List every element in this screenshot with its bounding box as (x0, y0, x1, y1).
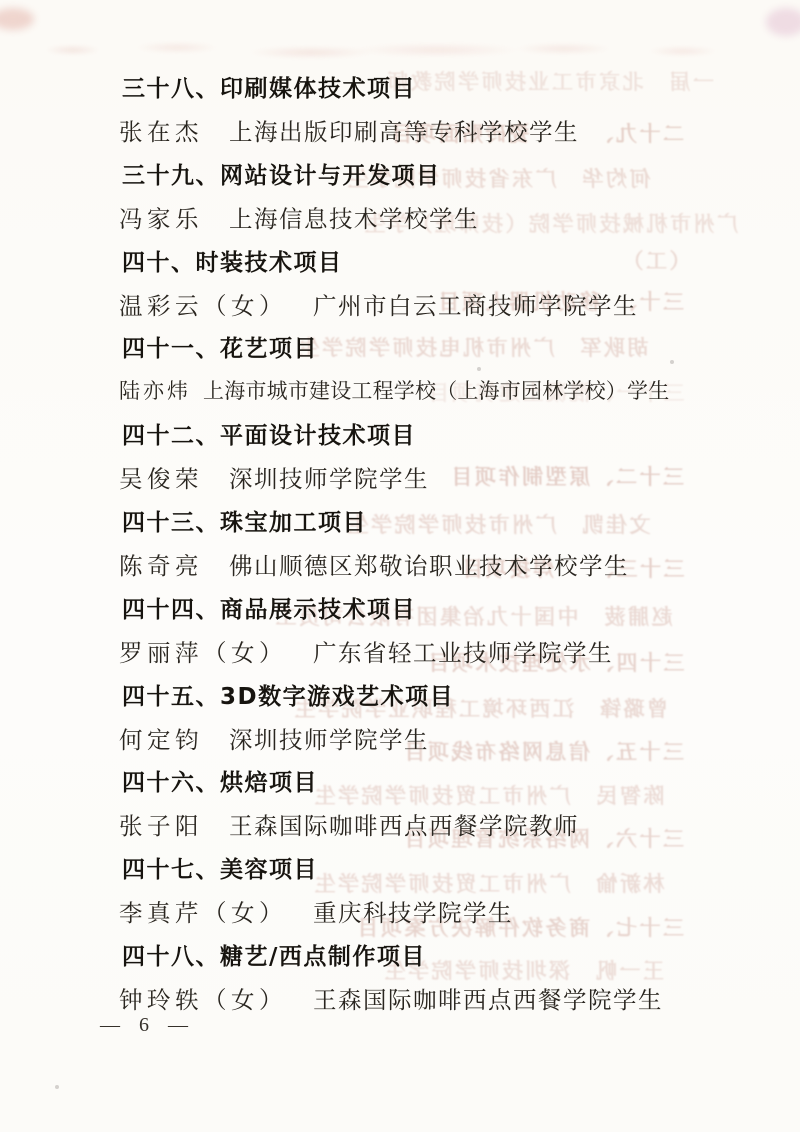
winner-name: 温彩云（女） (119, 287, 287, 321)
award-winner-row: 罗丽萍（女）广东省轻工业技师学院学生 (0, 629, 800, 673)
winner-school: 深圳技师学院学生 (229, 721, 429, 755)
winner-school: 上海信息技术学校学生 (229, 200, 479, 234)
winner-name: 何定钧 (119, 721, 203, 755)
winner-school: 深圳技师学院学生 (229, 460, 429, 494)
section-heading: 三十八、印刷媒体技术项目 (0, 65, 800, 109)
section-heading: 四十、时装技术项目 (0, 238, 800, 282)
winner-school: 重庆科技学院学生 (313, 894, 513, 928)
award-winner-row: 何定钧深圳技师学院学生 (0, 716, 800, 760)
winner-name: 吴俊荣 (119, 460, 203, 494)
winner-school: 广东省轻工业技师学院学生 (313, 634, 613, 668)
section-heading: 四十一、花艺项目 (0, 325, 800, 369)
award-winner-row: 陈奇亮佛山顺德区郑敬诒职业技术学校学生 (0, 542, 800, 586)
winner-name: 陆亦炜 (119, 375, 191, 405)
winner-name: 罗丽萍（女） (119, 634, 287, 668)
award-winner-row: 陆亦炜上海市城市建设工程学校（上海市园林学校）学生 (0, 368, 800, 412)
section-heading: 四十六、烘焙项目 (0, 759, 800, 803)
winner-school: 上海出版印刷高等专科学校学生 (229, 113, 579, 147)
award-winner-row: 张子阳王森国际咖啡西点西餐学院教师 (0, 802, 800, 846)
page-number: — 6 — (100, 1014, 189, 1037)
winner-name: 陈奇亮 (119, 547, 203, 581)
scan-smudge-top-right (766, 8, 800, 36)
section-heading: 四十七、美容项目 (0, 846, 800, 890)
winner-name: 李真芹（女） (119, 894, 287, 928)
section-heading: 四十五、3D数字游戏艺术项目 (0, 672, 800, 716)
winner-school: 王森国际咖啡西点西餐学院学生 (313, 981, 663, 1015)
section-heading: 四十八、糖艺/西点制作项目 (0, 933, 800, 977)
winner-school: 佛山顺德区郑敬诒职业技术学校学生 (229, 547, 629, 581)
section-heading: 三十九、网站设计与开发项目 (0, 151, 800, 195)
scan-smudge-band (28, 38, 772, 62)
section-heading: 四十三、珠宝加工项目 (0, 499, 800, 543)
award-winner-row: 温彩云（女）广州市白云工商技师学院学生 (0, 282, 800, 326)
winner-name: 张子阳 (119, 807, 203, 841)
section-heading: 四十二、平面设计技术项目 (0, 412, 800, 456)
scanned-document-page: 一届 北京市工业技师学院教师二十九、 瓷砖贴面项目何灼华 广东省技师学院学生广州… (0, 0, 800, 1132)
award-winner-row: 李真芹（女）重庆科技学院学生 (0, 889, 800, 933)
section-heading: 四十四、商品展示技术项目 (0, 585, 800, 629)
scan-speck (55, 1085, 59, 1089)
winner-name: 张在杰 (119, 113, 203, 147)
award-winner-row: 吴俊荣深圳技师学院学生 (0, 455, 800, 499)
winner-school: 上海市城市建设工程学校（上海市园林学校）学生 (203, 375, 669, 405)
scan-smudge-top-left (0, 8, 34, 30)
winner-school: 广州市白云工商技师学院学生 (313, 287, 638, 321)
award-winner-row: 张在杰上海出版印刷高等专科学校学生 (0, 108, 800, 152)
winner-school: 王森国际咖啡西点西餐学院教师 (229, 807, 579, 841)
winner-name: 钟玲轶（女） (119, 981, 287, 1015)
award-winner-row: 冯家乐上海信息技术学校学生 (0, 195, 800, 239)
winner-name: 冯家乐 (119, 200, 203, 234)
